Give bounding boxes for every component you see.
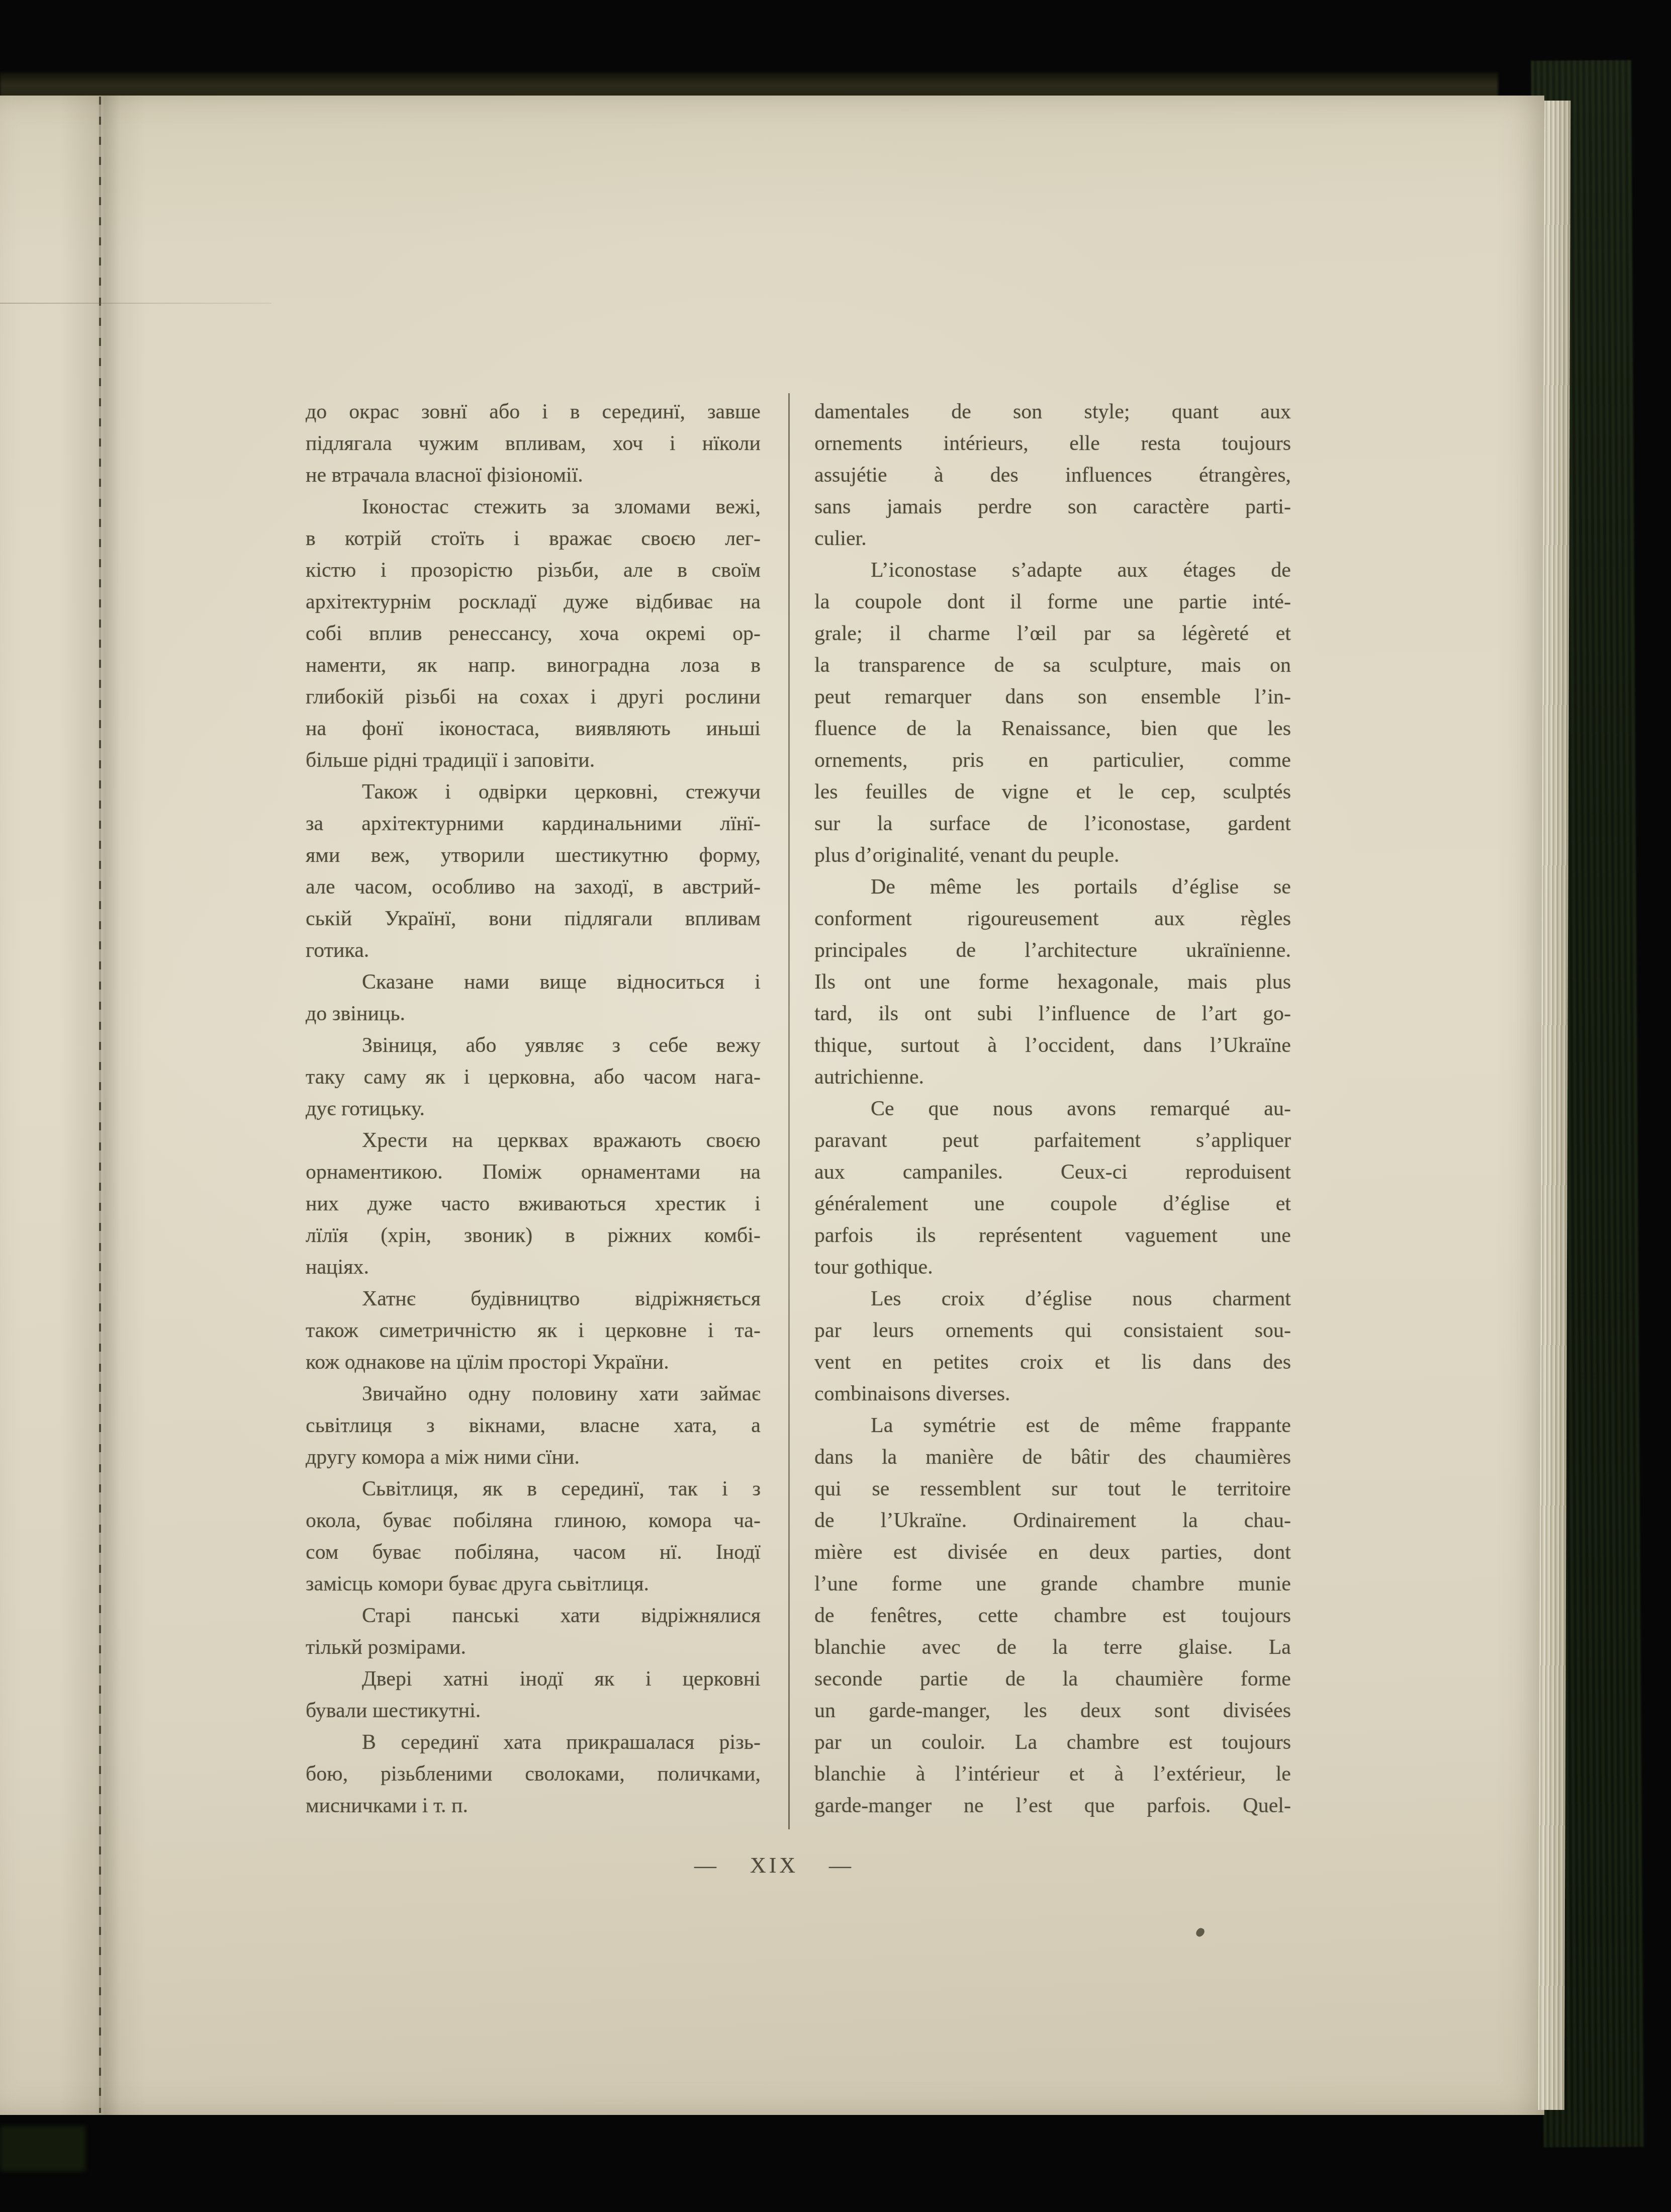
text-line: дує готицьку. xyxy=(306,1093,761,1125)
text-line: sans jamais perdre son caractère parti- xyxy=(814,491,1291,523)
text-line: culier. xyxy=(814,523,1291,555)
text-line: vent en petites croix et lis dans des xyxy=(814,1347,1291,1378)
binding-seam-stitches xyxy=(99,97,101,2113)
text-line: thique, surtout à l’occident, dans l’Ukr… xyxy=(814,1030,1291,1061)
text-line: seconde partie de la chaumière forme xyxy=(814,1663,1291,1695)
text-line: другу комора а між ними сїни. xyxy=(306,1442,761,1473)
text-line: ornements intérieurs, elle resta toujour… xyxy=(814,428,1291,460)
text-line: кож однакове на цїлім просторі України. xyxy=(306,1347,761,1378)
book-cover-bottom-left-edge xyxy=(0,2126,85,2171)
text-line: les feuilles de vigne et le cep, sculpté… xyxy=(814,776,1291,808)
text-line: tour gothique. xyxy=(814,1252,1291,1283)
text-line: але часом, особливо на заходї, в австрий… xyxy=(306,871,761,903)
text-line: Іконостас стежить за зломами вежі, xyxy=(306,491,761,523)
text-line: assujétie à des influences étrangères, xyxy=(814,460,1291,491)
text-line: таку саму як і церковна, або часом нага- xyxy=(306,1061,761,1093)
text-line: кістю і прозорістю різьби, але в своїм xyxy=(306,555,761,586)
book-scan: до окрас зовнї або і в серединї, завшепі… xyxy=(0,0,1671,2212)
text-line: mière est divisée en deux parties, dont xyxy=(814,1537,1291,1568)
page-surface: до окрас зовнї або і в серединї, завшепі… xyxy=(0,96,1544,2115)
text-line: готика. xyxy=(306,935,761,966)
text-line: Сьвітлиця, як в серединї, так і з xyxy=(306,1473,761,1505)
text-line: de l’Ukraïne. Ordinairement la chau- xyxy=(814,1505,1291,1537)
text-line: plus d’originalité, venant du peuple. xyxy=(814,840,1291,871)
text-line: grale; il charme l’œil par sa légèreté e… xyxy=(814,618,1291,650)
text-line: sur la surface de l’iconostase, gardent xyxy=(814,808,1291,840)
text-line: бою, різьбленими сволоками, поличками, xyxy=(306,1758,761,1790)
text-line: до окрас зовнї або і в серединї, завше xyxy=(306,396,761,428)
left-column-ukrainian-text: до окрас зовнї або і в серединї, завшепі… xyxy=(306,396,761,1822)
text-line: généralement une coupole d’église et xyxy=(814,1188,1291,1220)
text-line: окола, буває побіляна глиною, комора ча- xyxy=(306,1505,761,1537)
text-line: замісць комори буває друга сьвітлиця. xyxy=(306,1568,761,1600)
page-number: — XIX — xyxy=(648,1852,900,1878)
right-column-french-text: damentales de son style; quant auxorneme… xyxy=(814,396,1291,1822)
text-line: blanchie avec de la terre glaise. La xyxy=(814,1632,1291,1663)
text-line: не втрачала власної фізіономії. xyxy=(306,460,761,491)
text-line: ornements, pris en particulier, comme xyxy=(814,745,1291,776)
text-line: тількй розмірами. xyxy=(306,1632,761,1663)
text-line: Ce que nous avons remarqué au- xyxy=(814,1093,1291,1125)
text-line: мисничками і т. п. xyxy=(306,1790,761,1822)
text-line: tard, ils ont subi l’influence de l’art … xyxy=(814,998,1291,1030)
text-line: parfois ils représentent vaguement une xyxy=(814,1220,1291,1252)
text-line: L’iconostase s’adapte aux étages de xyxy=(814,555,1291,586)
text-line: сьвітлиця з вікнами, власне хата, а xyxy=(306,1410,761,1442)
text-line: Також і одвірки церковні, стежучи xyxy=(306,776,761,808)
text-line: архітектурнім роскладї дуже відбиває на xyxy=(306,586,761,618)
text-line: Двері хатні інодї як і церковні xyxy=(306,1663,761,1695)
text-line: par leurs ornements qui consistaient sou… xyxy=(814,1315,1291,1347)
text-line: націях. xyxy=(306,1252,761,1283)
text-line: до звіниць. xyxy=(306,998,761,1030)
text-line: наменти, як напр. виноградна лоза в xyxy=(306,650,761,681)
text-line: бували шестикутні. xyxy=(306,1695,761,1727)
column-divider-rule xyxy=(788,393,790,1829)
text-line: Хатнє будівництво відріжняється xyxy=(306,1283,761,1315)
text-line: на фонї іконостаса, виявляють иньші xyxy=(306,713,761,745)
text-line: autrichienne. xyxy=(814,1061,1291,1093)
text-line: за архітектурними кардинальними лїнї- xyxy=(306,808,761,840)
text-line: більше рідні традиції і заповіти. xyxy=(306,745,761,776)
text-line: garde-manger ne l’est que parfois. Quel- xyxy=(814,1790,1291,1822)
text-line: la coupole dont il forme une partie inté… xyxy=(814,586,1291,618)
text-line: la transparence de sa sculpture, mais on xyxy=(814,650,1291,681)
text-line: глибокій різьбі на сохах і другі рослини xyxy=(306,681,761,713)
paper-crease xyxy=(0,303,271,304)
text-line: un garde-manger, les deux sont divisées xyxy=(814,1695,1291,1727)
text-line: paravant peut parfaitement s’appliquer xyxy=(814,1125,1291,1157)
text-line: peut remarquer dans son ensemble l’in- xyxy=(814,681,1291,713)
text-line: Сказане нами вище відноситься і xyxy=(306,966,761,998)
text-line: par un couloir. La chambre est toujours xyxy=(814,1727,1291,1758)
text-line: dans la manière de bâtir des chaumières xyxy=(814,1442,1291,1473)
text-line: В серединї хата прикрашалася різь- xyxy=(306,1727,761,1758)
text-line: de fenêtres, cette chambre est toujours xyxy=(814,1600,1291,1632)
text-line: підлягала чужим впливам, хоч і нїколи xyxy=(306,428,761,460)
text-line: Хрести на церквах вражають своєю xyxy=(306,1125,761,1157)
text-line: principales de l’architecture ukraïnienn… xyxy=(814,935,1291,966)
text-line: aux campaniles. Ceux-ci reproduisent xyxy=(814,1157,1291,1188)
text-line: Les croix d’église nous charment xyxy=(814,1283,1291,1315)
text-line: La symétrie est de même frappante xyxy=(814,1410,1291,1442)
text-line: blanchie à l’intérieur et à l’extérieur,… xyxy=(814,1758,1291,1790)
text-line: сом буває побіляна, часом нї. Інодї xyxy=(306,1537,761,1568)
text-line: орнаментикою. Поміж орнаментами на xyxy=(306,1157,761,1188)
ink-speck xyxy=(1195,1927,1205,1938)
text-line: Звичайно одну половину хати займає xyxy=(306,1378,761,1410)
text-line: лїлїя (хрін, звоник) в ріжних комбі- xyxy=(306,1220,761,1252)
text-line: qui se ressemblent sur tout le territoir… xyxy=(814,1473,1291,1505)
text-line: ями веж, утворили шестикутню форму, xyxy=(306,840,761,871)
text-line: De même les portails d’église se xyxy=(814,871,1291,903)
text-line: ській Українї, вони підлягали впливам xyxy=(306,903,761,935)
text-line: conforment rigoureusement aux règles xyxy=(814,903,1291,935)
text-line: Ils ont une forme hexagonale, mais plus xyxy=(814,966,1291,998)
text-line: fluence de la Renaissance, bien que les xyxy=(814,713,1291,745)
text-line: combinaisons diverses. xyxy=(814,1378,1291,1410)
text-line: також симетричністю як і церковне і та- xyxy=(306,1315,761,1347)
text-line: l’une forme une grande chambre munie xyxy=(814,1568,1291,1600)
text-line: Старі панські хати відріжнялися xyxy=(306,1600,761,1632)
gutter-shadow xyxy=(60,96,146,2115)
text-line: в котрій стоїть і вражає своєю лег- xyxy=(306,523,761,555)
text-line: damentales de son style; quant aux xyxy=(814,396,1291,428)
text-line: них дуже часто вживаються хрестик і xyxy=(306,1188,761,1220)
text-line: Звіниця, або уявляє з себе вежу xyxy=(306,1030,761,1061)
text-line: собі вплив ренессансу, хоча окремі ор- xyxy=(306,618,761,650)
